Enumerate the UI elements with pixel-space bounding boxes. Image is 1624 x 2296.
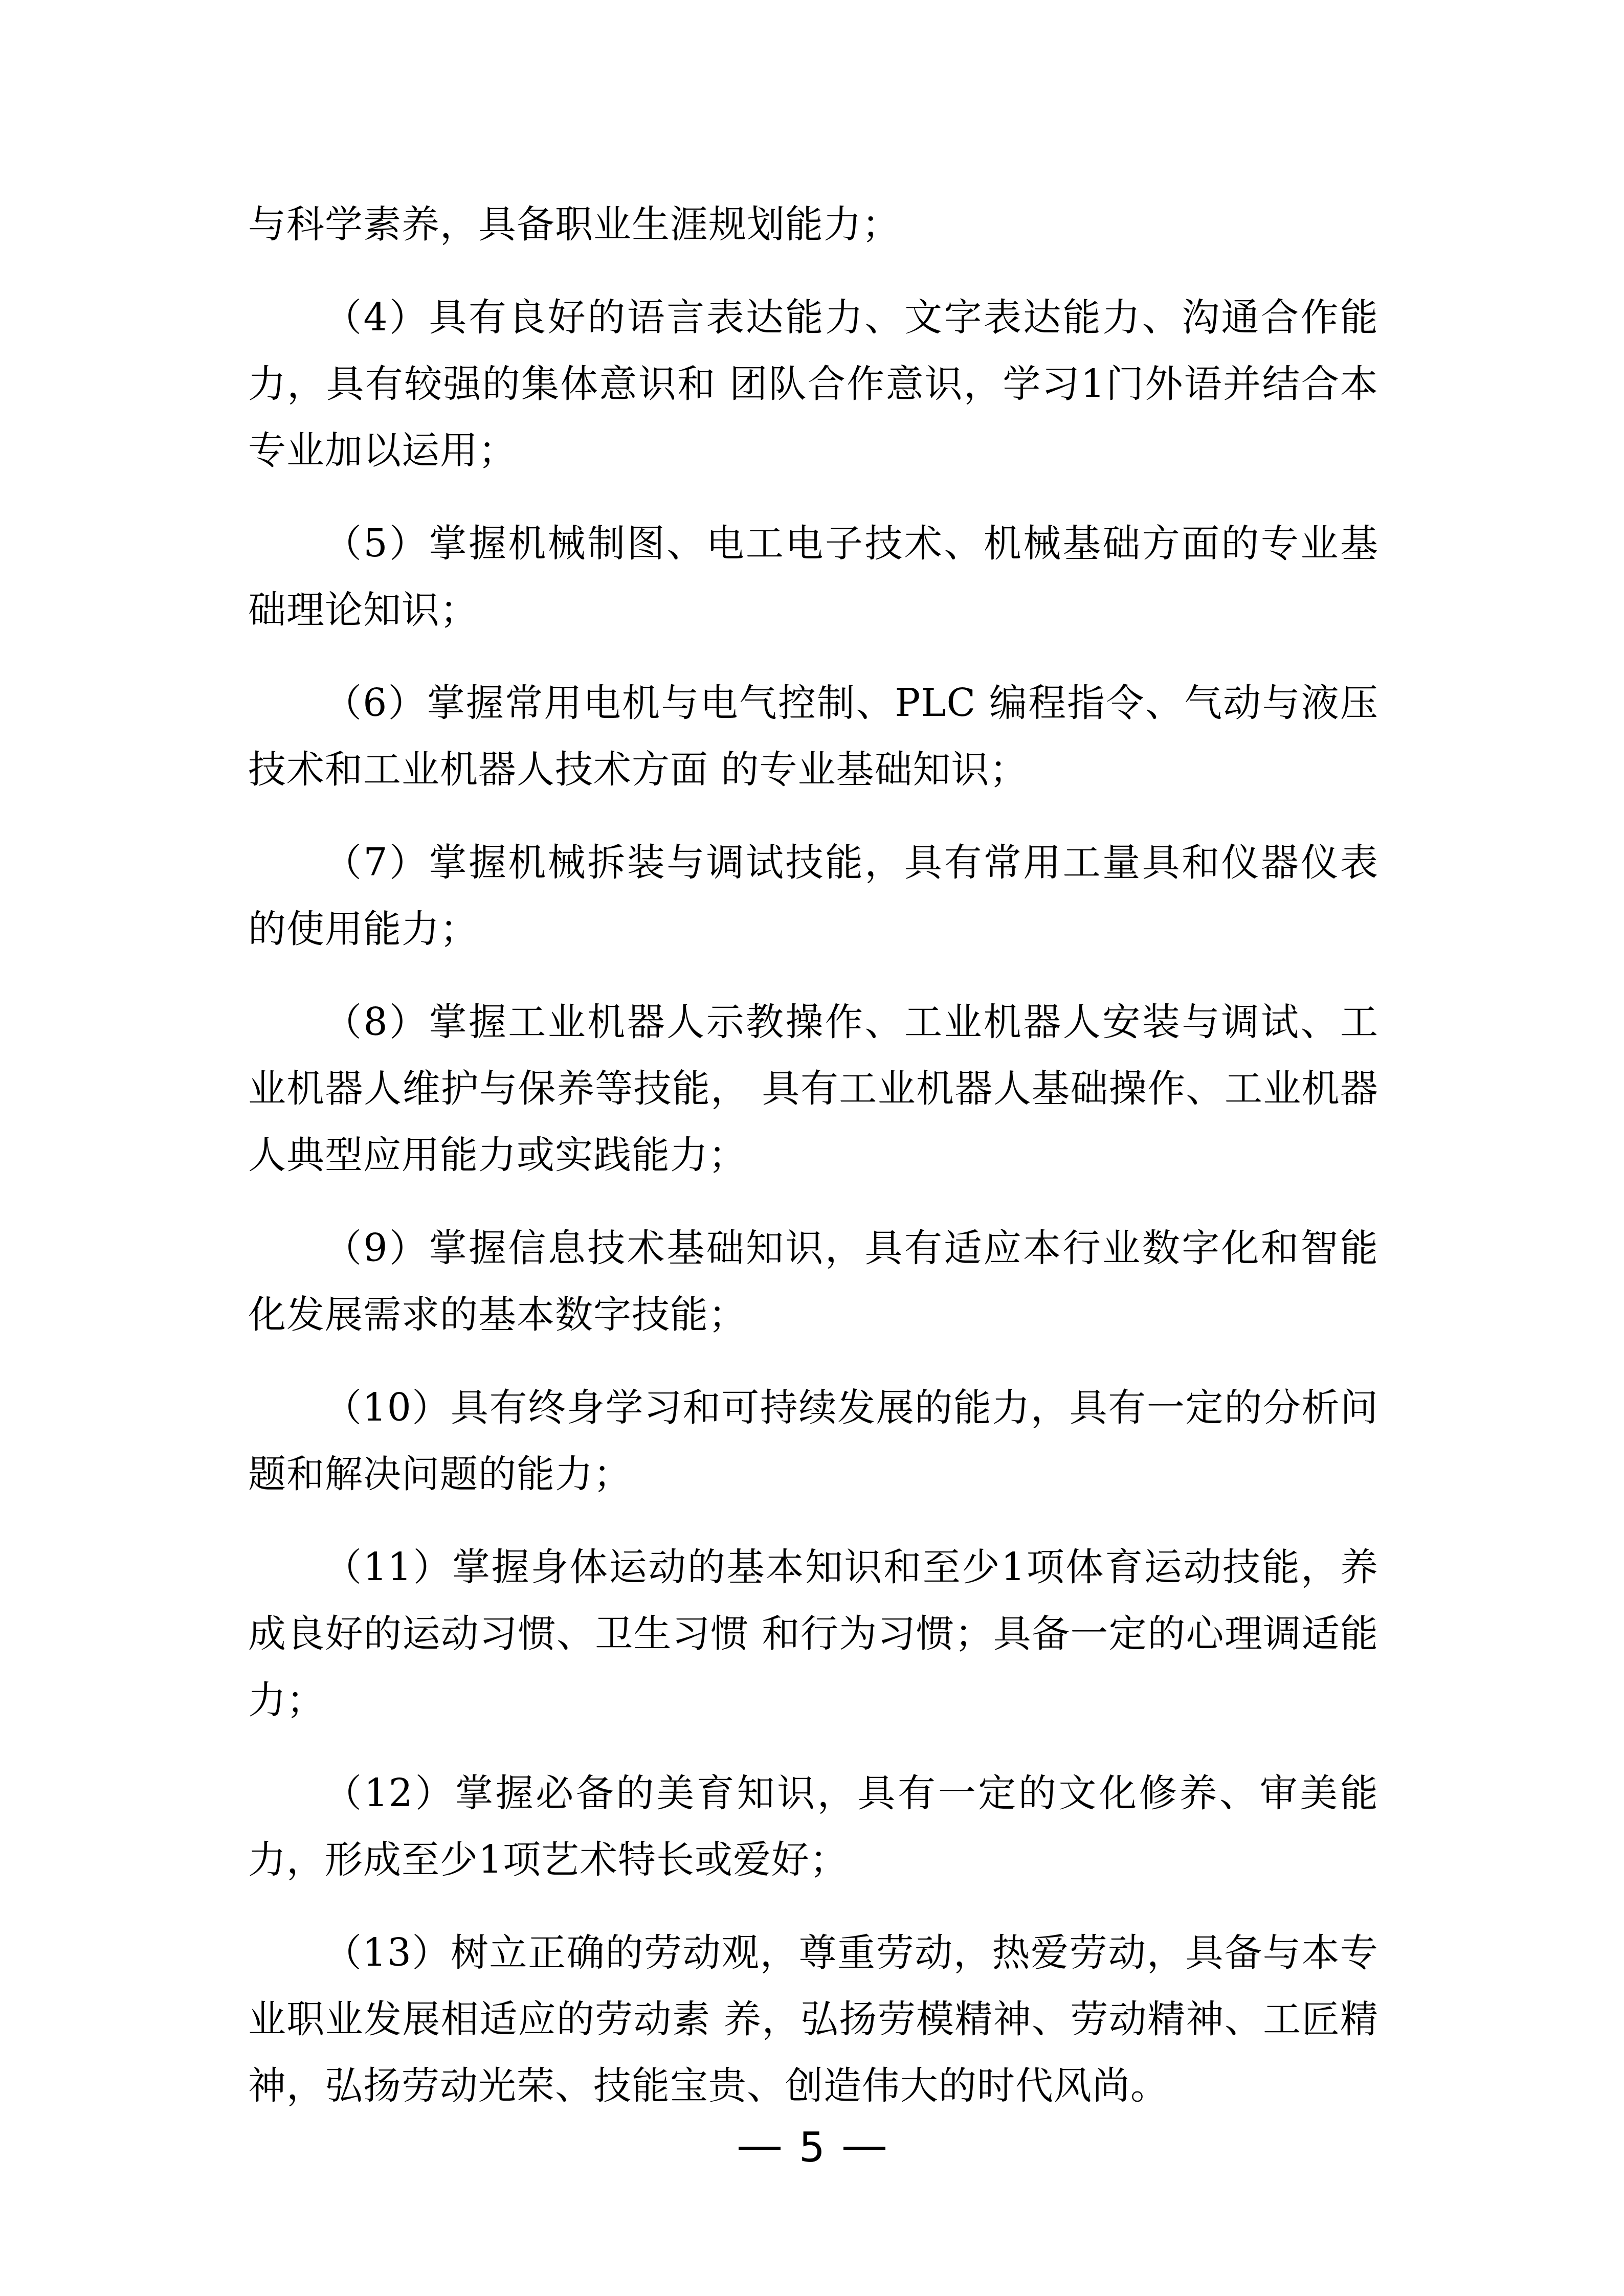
paragraph-item-4: （4）具有良好的语言表达能力、文字表达能力、沟通合作能力，具有较强的集体意识和 … — [248, 284, 1378, 484]
paragraph-item-5: （5）掌握机械制图、电工电子技术、机械基础方面的专业基础理论知识； — [248, 510, 1378, 643]
paragraph-item-7: （7）掌握机械拆装与调试技能，具有常用工量具和仪器仪表的使用能力； — [248, 829, 1378, 962]
body-text: 与科学素养，具备职业生涯规划能力； （4）具有良好的语言表达能力、文字表达能力、… — [248, 191, 1378, 2146]
dash-left-decoration — [739, 2147, 781, 2150]
dash-right-decoration — [843, 2147, 885, 2150]
paragraph-item-12: （12）掌握必备的美育知识，具有一定的文化修养、审美能力，形成至少1项艺术特长或… — [248, 1760, 1378, 1893]
paragraph-item-8: （8）掌握工业机器人示教操作、工业机器人安装与调试、工业机器人维护与保养等技能，… — [248, 989, 1378, 1188]
paragraph-item-13: （13）树立正确的劳动观，尊重劳动，热爱劳动，具备与本专业职业发展相适应的劳动素… — [248, 1920, 1378, 2119]
document-page: 与科学素养，具备职业生涯规划能力； （4）具有良好的语言表达能力、文字表达能力、… — [0, 0, 1624, 2296]
paragraph-item-6: （6）掌握常用电机与电气控制、PLC 编程指令、气动与液压技术和工业机器人技术方… — [248, 670, 1378, 803]
paragraph-item-11: （11）掌握身体运动的基本知识和至少1项体育运动技能，养成良好的运动习惯、卫生习… — [248, 1534, 1378, 1734]
paragraph-item-9: （9）掌握信息技术基础知识，具有适应本行业数字化和智能化发展需求的基本数字技能； — [248, 1215, 1378, 1348]
paragraph-item-10: （10）具有终身学习和可持续发展的能力，具有一定的分析问题和解决问题的能力； — [248, 1375, 1378, 1507]
paragraph-continuation: 与科学素养，具备职业生涯规划能力； — [248, 191, 1378, 258]
page-number: 5 — [0, 2123, 1624, 2172]
page-number-value: 5 — [799, 2124, 825, 2171]
